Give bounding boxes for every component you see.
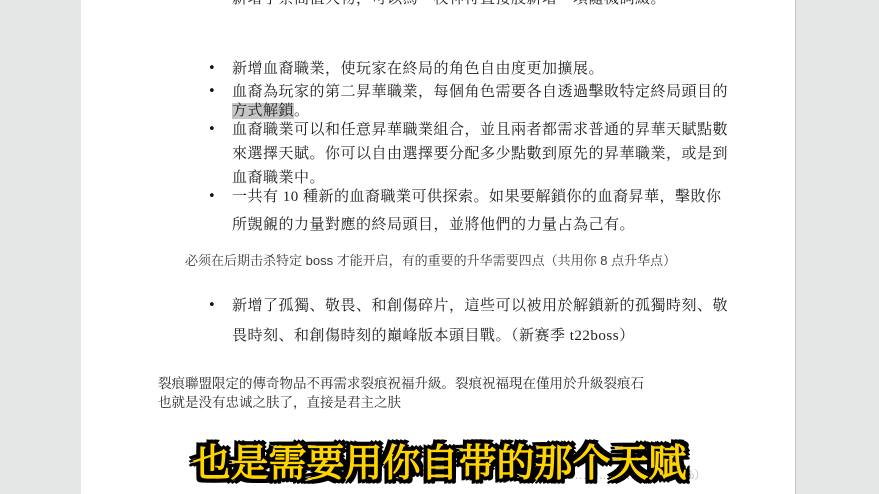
bullet-icon: • <box>208 187 232 207</box>
paragraph-rift-line2: 也就是没有忠诚之肤了，直接是君主之肤 <box>158 393 401 412</box>
bullet-text: 新增了孤獨、敬畏、和創傷碎片，這些可以被用於解鎖新的孤獨時刻、敬 <box>232 296 728 316</box>
bullet-icon: • <box>208 82 232 102</box>
bullet-icon: • <box>208 296 232 316</box>
bullet-item-combine-line3: 血裔職業中。 <box>208 168 325 188</box>
bullet-item-combine-line2: 來選擇天賦。你可以自由選擇要分配多少點數到原先的昇華職業，或是到 <box>208 144 728 164</box>
bullet-item-combine-line1: • 血裔職業可以和任意昇華職業組合，並且兩者都需求普通的昇華天賦點數 <box>208 120 728 140</box>
bullet-icon: • <box>208 120 232 140</box>
bullet-text: 來選擇天賦。你可以自由選擇要分配多少點數到原先的昇華職業，或是到 <box>232 146 728 162</box>
page-margin-right <box>797 0 879 494</box>
bullet-text: 畏時刻、和創傷時刻的巔峰版本頭目戰。（新赛季 t22boss） <box>232 328 635 344</box>
bullet-text: 一共有 10 種新的血裔職業可供探索。如果要解鎖你的血裔昇華，擊敗你 <box>232 187 722 207</box>
bullet-item-ten-classes-line1: • 一共有 10 種新的血裔職業可供探索。如果要解鎖你的血裔昇華，擊敗你 <box>208 187 722 207</box>
annotation-boss-unlock: 必须在后期击杀特定 boss 才能开启，有的重要的升华需要四点（共用你 8 点升… <box>185 250 676 269</box>
bullet-text: 新增血裔職業，使玩家在終局的角色自由度更加擴展。 <box>232 59 604 79</box>
bullet-item-shards-line2: 畏時刻、和創傷時刻的巔峰版本頭目戰。（新赛季 t22boss） <box>208 326 635 346</box>
selected-text[interactable]: 方式解鎖 <box>232 103 294 119</box>
bullet-item-relic-clipped: • 新增了崇高值大物，可以為一枚神符直接股新增一項隨機詞綴。 <box>208 0 666 9</box>
bullet-item-bloodline: • 新增血裔職業，使玩家在終局的角色自由度更加擴展。 <box>208 59 604 79</box>
bullet-icon: • <box>208 0 232 9</box>
bullet-icon: • <box>208 59 232 79</box>
page-margin-left <box>0 0 81 494</box>
bullet-text: 所覬覦的力量對應的終局頭目，並將他們的力量占為己有。 <box>232 217 635 233</box>
bullet-text: 血裔為玩家的第二昇華職業，每個角色需要各自透過擊敗特定終局頭目的 <box>232 82 728 102</box>
bullet-text: 血裔職業可以和任意昇華職業組合，並且兩者都需求普通的昇華天賦點數 <box>232 120 728 140</box>
bullet-item-unlock-line1: • 血裔為玩家的第二昇華職業，每個角色需要各自透過擊敗特定終局頭目的 <box>208 82 728 102</box>
paragraph-rift-line1: 裂痕聯盟限定的傳奇物品不再需求裂痕祝福升級。裂痕祝福現在僅用於升級裂痕石 <box>158 374 644 393</box>
document-page: • 新增了崇高值大物，可以為一枚神符直接股新增一項隨機詞綴。 • 新增血裔職業，… <box>81 0 796 494</box>
bullet-text: 新增了崇高值大物，可以為一枚神符直接股新增一項隨機詞綴。 <box>232 0 666 9</box>
bullet-item-ten-classes-line2: 所覬覦的力量對應的終局頭目，並將他們的力量占為己有。 <box>208 215 635 235</box>
bullet-item-unlock-line2: 方式解鎖。 <box>208 101 310 121</box>
bullet-text: 血裔職業中。 <box>232 170 325 186</box>
bullet-text: 。 <box>294 103 310 119</box>
bullet-item-shards-line1: • 新增了孤獨、敬畏、和創傷碎片，這些可以被用於解鎖新的孤獨時刻、敬 <box>208 296 728 316</box>
video-subtitle: 也是需要用你自带的那个天赋 <box>0 432 879 487</box>
